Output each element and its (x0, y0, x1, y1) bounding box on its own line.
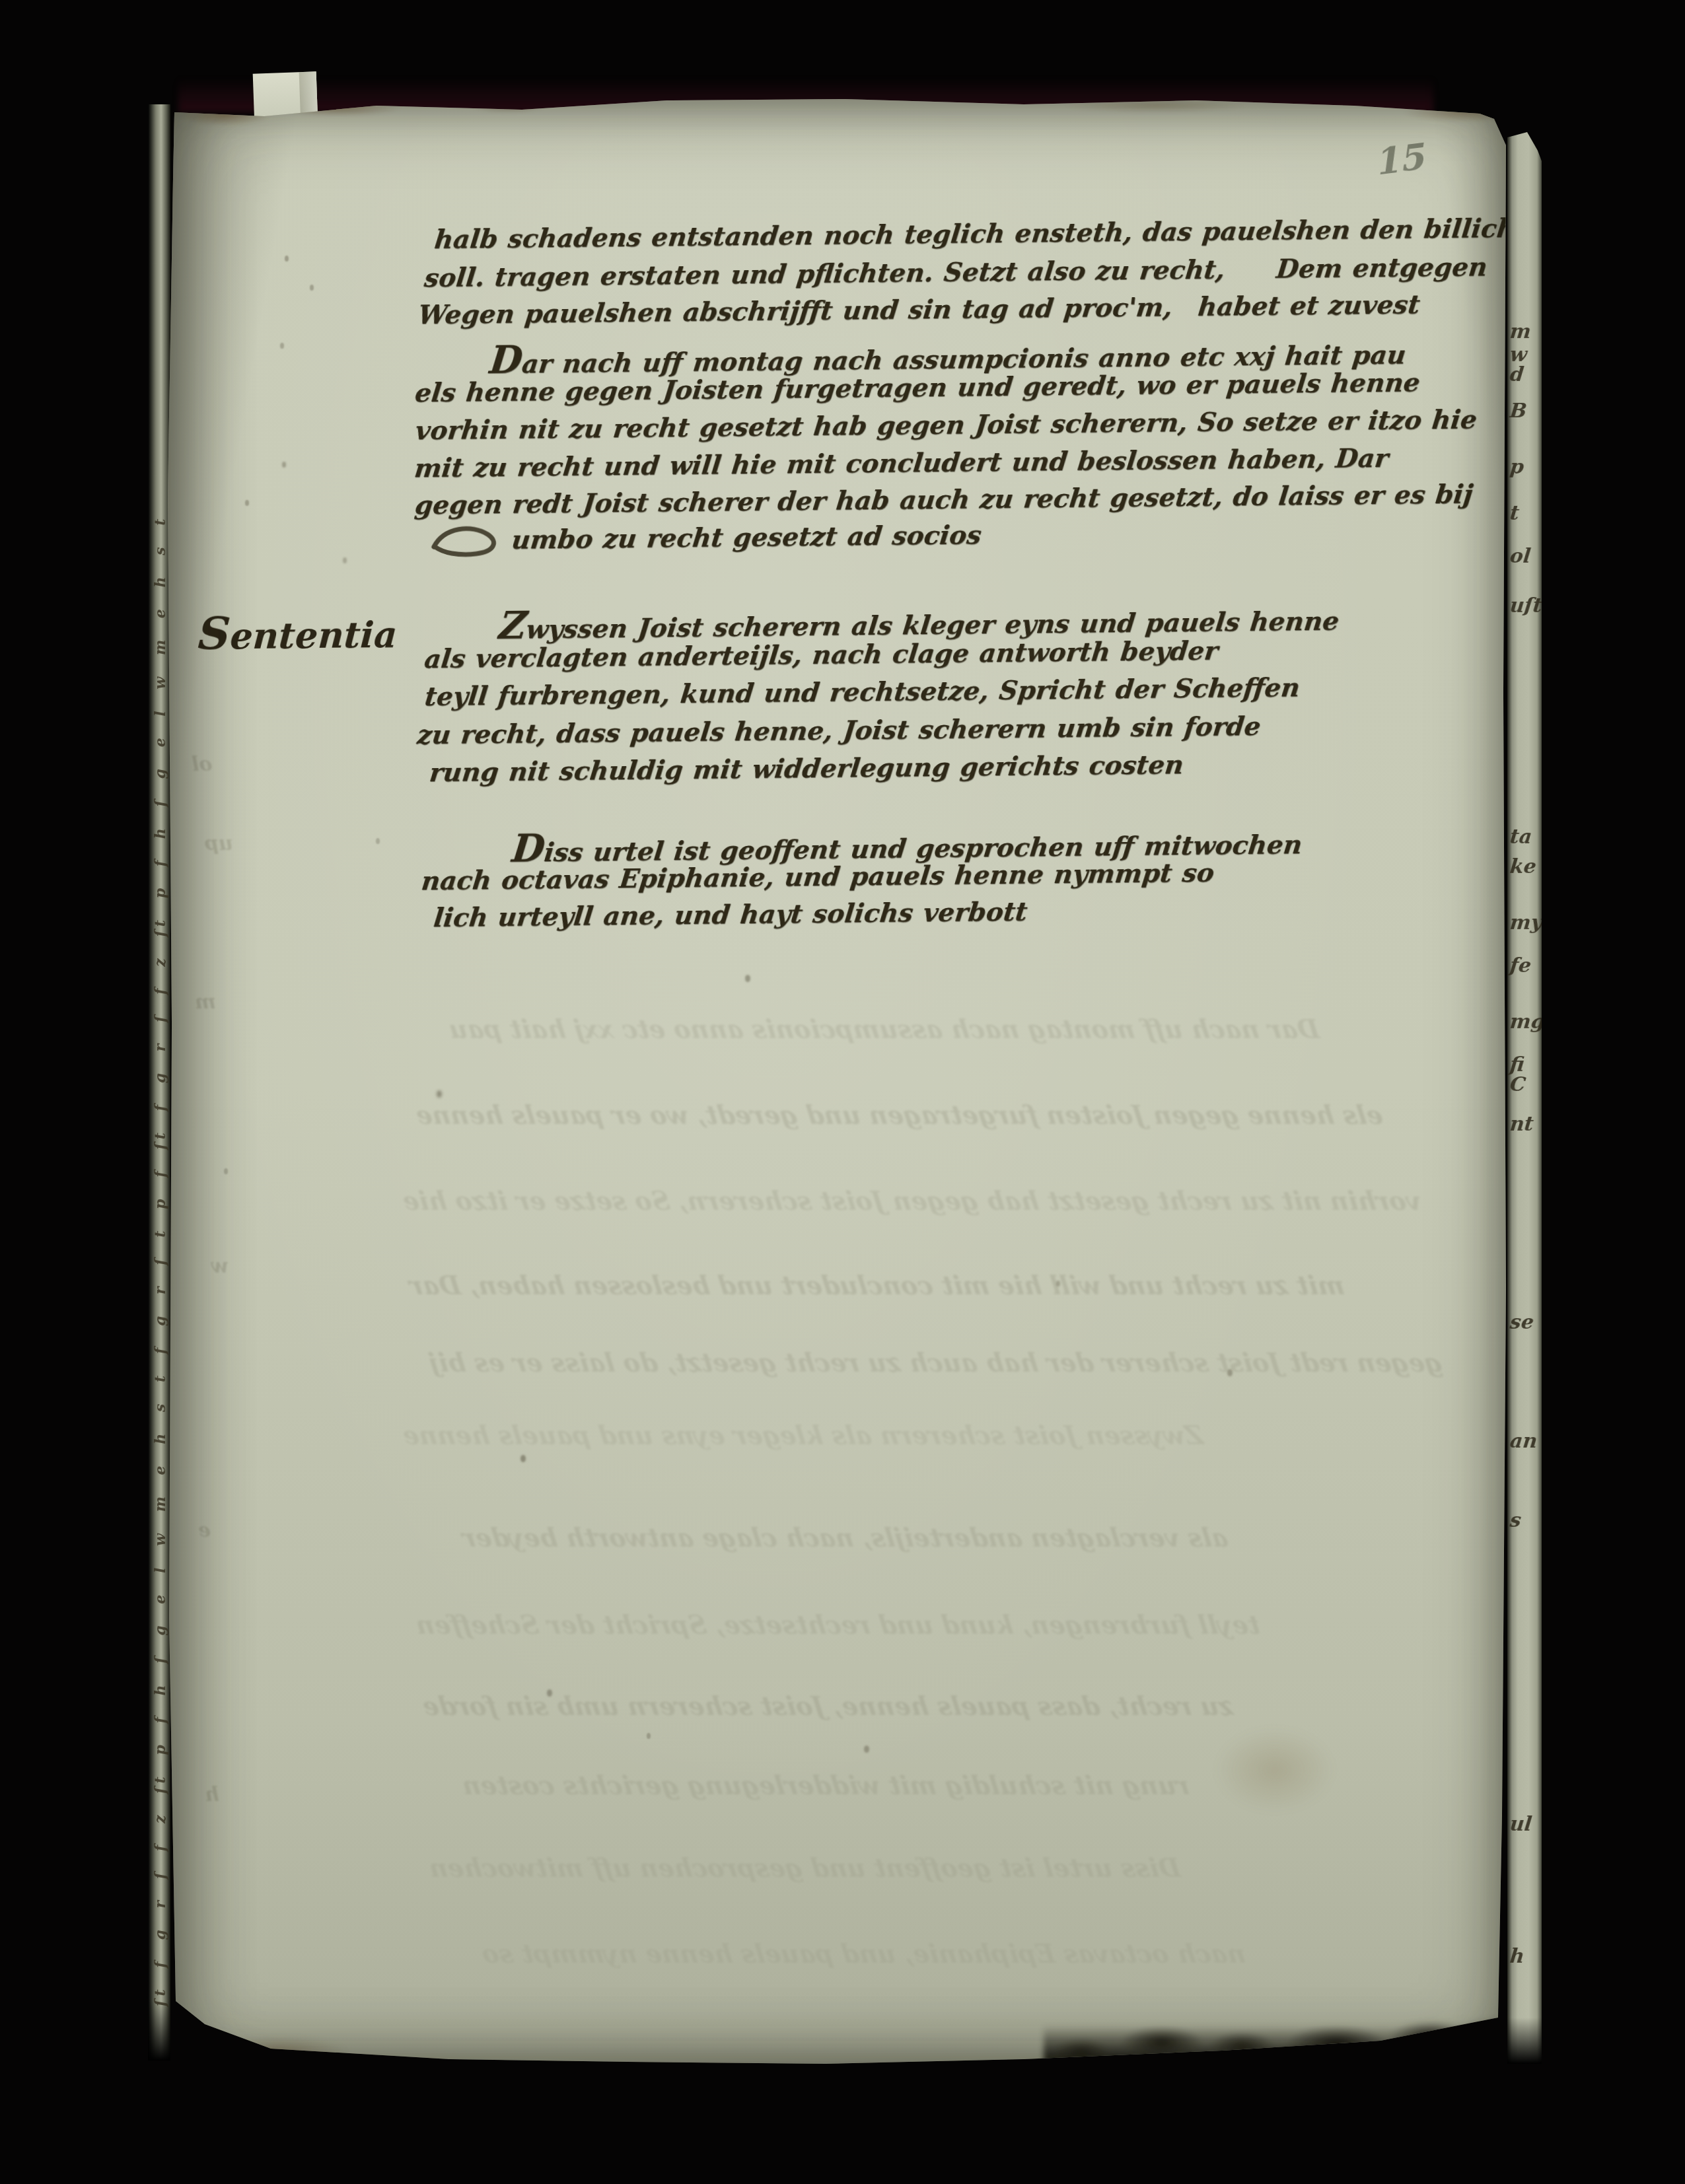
next-page-text-fragment: p (1509, 456, 1525, 479)
next-page-text-fragment: m (1509, 320, 1532, 343)
next-page-text-fragment: fe (1509, 954, 1532, 977)
next-page-text-fragment: uſt (1509, 594, 1542, 617)
previous-page-edge: ſt f g r ſ f z ſt p f h ſ g e l w m e h … (148, 104, 170, 2061)
next-page-text-fragment: my (1509, 911, 1542, 934)
manuscript-page: Dar nach uff montag nach assumpcionis an… (165, 99, 1513, 2077)
text-line: nach octavas Epiphanie, und pauels henne… (420, 859, 1216, 896)
next-page-text-fragment: ul (1509, 1813, 1533, 1836)
next-page-text-fragment: ta (1509, 826, 1533, 849)
next-page-text-fragment: ol (1509, 545, 1532, 568)
text-line: halb schadens entstanden noch teglich en… (433, 214, 1600, 254)
next-page-text-fragment: d (1509, 363, 1525, 386)
next-page-text-fragment: B (1509, 400, 1528, 423)
text-line: vorhin nit zu recht gesetzt hab gegen Jo… (414, 406, 1479, 446)
text-line: Wegen pauelshen abschrijfft und sin tag … (417, 291, 1421, 330)
next-page-text-fragment: se (1509, 1311, 1535, 1334)
text-line: teyll furbrengen, kund und rechtsetze, S… (423, 674, 1301, 711)
next-page-text-fragment: C (1509, 1073, 1527, 1096)
next-page-text-fragment: nt (1509, 1113, 1534, 1136)
text-line: zu recht, dass pauels henne, Joist scher… (415, 713, 1262, 750)
text-line: soll. tragen erstaten und pflichten. Set… (423, 253, 1489, 293)
text-line: als verclagten anderteijls, nach clage a… (423, 637, 1219, 674)
ink-specks (165, 99, 168, 104)
text-line: mit zu recht und will hie mit concludert… (413, 444, 1390, 483)
margin-note: Sententia (197, 610, 398, 656)
text-line: lich urteyll ane, und hayt solichs verbo… (432, 898, 1028, 933)
next-page-text-fragment: an (1509, 1430, 1538, 1453)
next-page-edge: m w d B p t ol uſt ta ke my fe mg fi C n… (1507, 132, 1542, 2064)
text-line: umbo zu recht gesetzt ad socios (510, 521, 983, 554)
paraph-flourish-icon (429, 521, 509, 559)
previous-page-text-fragment: ſt f g r ſ f z ſt p f h ſ g e l w m e h … (152, 515, 169, 2006)
next-page-text-fragment: t (1509, 502, 1521, 525)
ink-layer: Sententia halb schadens entstanden noch … (164, 88, 1532, 2080)
next-page-text-fragment: mg (1509, 1010, 1542, 1034)
next-page-text-fragment: h (1509, 1945, 1525, 1968)
text-line: gegen redt Joist scherer der hab auch zu… (413, 481, 1474, 520)
photo-backdrop: ſt f g r ſ f z ſt p f h ſ g e l w m e h … (0, 0, 1685, 2184)
text-line: rung nit schuldig mit widderlegung geric… (428, 751, 1185, 787)
next-page-text-fragment: ke (1509, 855, 1538, 878)
next-page-text-fragment: s (1509, 1509, 1523, 1532)
